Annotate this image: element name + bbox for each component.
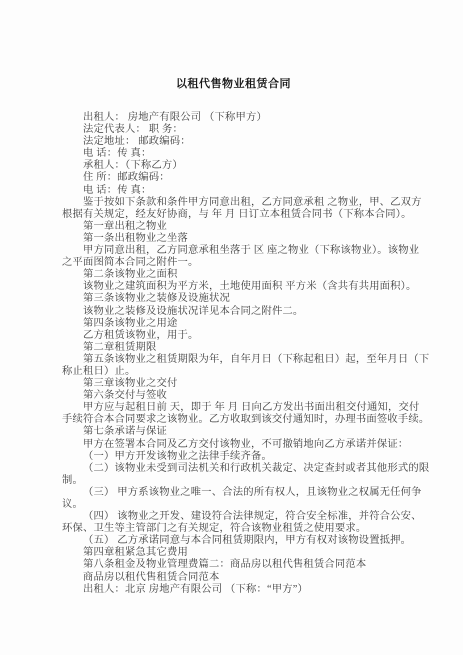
document-title: 以租代售物业租赁合同 <box>62 78 405 90</box>
paragraph-line: 第二条该物业之面积 <box>62 269 405 281</box>
paragraph-line: 第二章租赁期限 <box>62 342 405 354</box>
paragraph-line: （三） 甲方系该物业之唯一、合法的所有权人，且该物业之权属无任何争 <box>62 487 405 499</box>
paragraph-line: 该物业之装修及设施状况详见本合同之附件二。 <box>62 306 405 318</box>
paragraph-line: （四） 该物业之开发、建设符合法律规定，符合安全标准，并符合公安、 <box>62 511 405 523</box>
paragraph-line: 法定代表人： 职 务： <box>62 124 405 136</box>
paragraph-line: 出租人：北京 房地产有限公司 （下称：“甲方”） <box>62 584 405 596</box>
paragraph-line: （五） 乙方承诺同意与本合同租赁期限内，甲方有权对该物设置抵押。 <box>62 535 405 547</box>
paragraph-line: 甲方应与起租日前 天，即于 年 月 日向乙方发出书面出租交付通知，交付 <box>62 402 405 414</box>
paragraph-line: 第一条出租物业之坐落 <box>62 233 405 245</box>
paragraph-line: 议。 <box>62 499 405 511</box>
paragraph-line: 第一章出租之物业 <box>62 221 405 233</box>
paragraph-line: 住 所：邮政编码： <box>62 172 405 184</box>
paragraph-line: 甲方同意出租，乙方同意承租坐落于 区 座之物业（下称该物业）。该物业 <box>62 245 405 257</box>
document-page: 以租代售物业租赁合同 出租人： 房地产有限公司 （下称甲方）法定代表人： 职 务… <box>0 0 463 655</box>
paragraph-line: 第六条交付与签收 <box>62 390 405 402</box>
paragraph-line: 出租人： 房地产有限公司 （下称甲方） <box>62 112 405 124</box>
paragraph-line: 电 话：传 真： <box>62 148 405 160</box>
paragraph-line: （二）该物业未受到司法机关和行政机关裁定、决定查封或者其他形式的限 <box>62 463 405 475</box>
paragraph-line: （一）甲方开发该物业之法律手续齐备。 <box>62 451 405 463</box>
paragraph-line: 第七条承诺与保证 <box>62 426 405 438</box>
paragraph-line: 第三条该物业之装修及设施状况 <box>62 293 405 305</box>
paragraph-line: 第三章该物业之交付 <box>62 378 405 390</box>
paragraph-line: 第八条租金及物业管理费篇二：商品房以租代售租赁合同范本 <box>62 559 405 571</box>
paragraph-line: 手续符合本合同要求之该物业。乙方收取到该交付通知时，办理书面签收手续。 <box>62 414 405 426</box>
paragraph-line: 商品房以租代售租赁合同范本 <box>62 572 405 584</box>
paragraph-line: 鉴于按如下条款和条件甲方同意出租，乙方同意承租 之物业，甲、乙双方 <box>62 197 405 209</box>
paragraph-line: 法定地址： 邮政编码： <box>62 136 405 148</box>
paragraph-line: 乙方租赁该物业，用于。 <box>62 330 405 342</box>
paragraph-line: 承租人：（下称乙方） <box>62 160 405 172</box>
paragraph-line: 制。 <box>62 475 405 487</box>
paragraph-line: 电 话：传 真： <box>62 185 405 197</box>
paragraph-line: 称止租日）止。 <box>62 366 405 378</box>
paragraph-line: 甲方在签署本合同及乙方交付该物业，不可撤销地向乙方承诺并保证： <box>62 439 405 451</box>
document-body: 出租人： 房地产有限公司 （下称甲方）法定代表人： 职 务：法定地址： 邮政编码… <box>62 112 405 596</box>
paragraph-line: 第四条该物业之用途 <box>62 318 405 330</box>
paragraph-line: 之平面图简本合同之附件一。 <box>62 257 405 269</box>
paragraph-line: 环保、卫生等主管部门之有关规定，符合该物业租赁之使用要求。 <box>62 523 405 535</box>
paragraph-line: 该物业之建筑面积为平方米，土地使用面积 平方米（含共有共用面积）。 <box>62 281 405 293</box>
paragraph-line: 根据有关规定，经友好协商，与 年 月 日订立本租赁合同书（下称本合同）。 <box>62 209 405 221</box>
paragraph-line: 第四章租紧急其它费用 <box>62 547 405 559</box>
paragraph-line: 第五条该物业之租赁期限为年，自年月日（下称起租日）起，至年月日（下 <box>62 354 405 366</box>
